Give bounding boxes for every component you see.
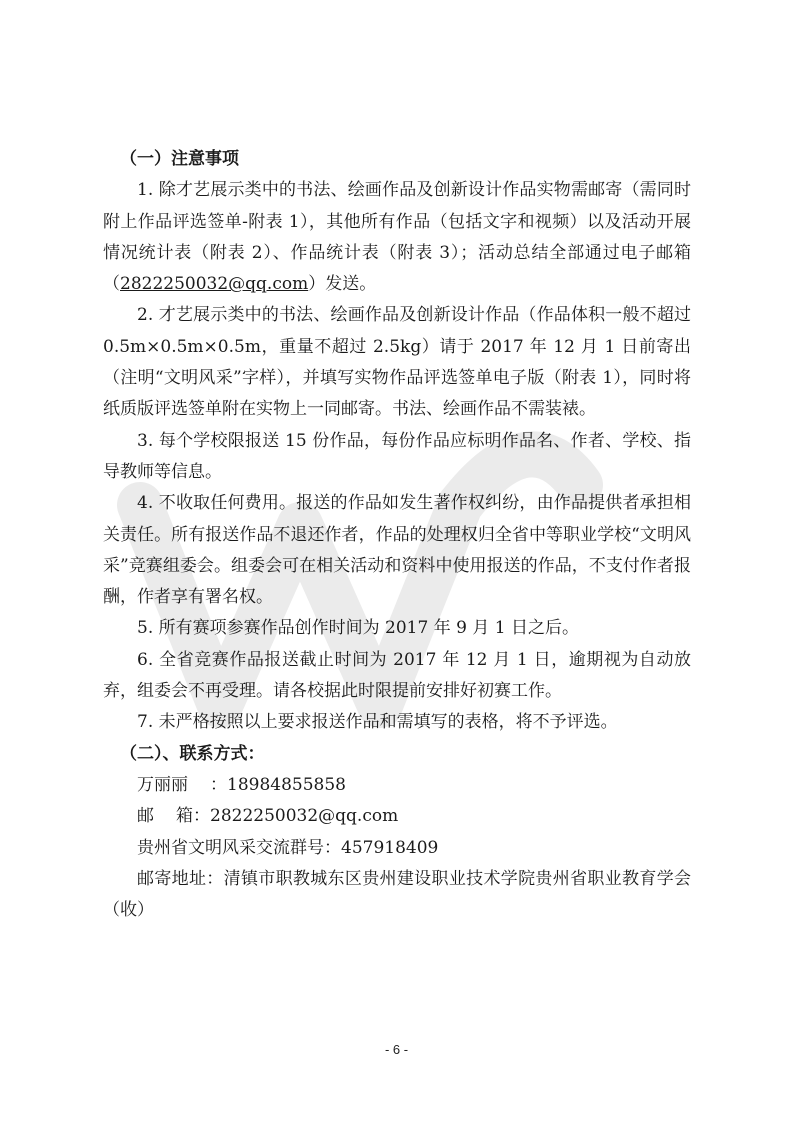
note-item-5: 5. 所有赛项参赛作品创作时间为 2017 年 9 月 1 日之后。 bbox=[103, 613, 691, 644]
note-item-1-suffix: ）发送。 bbox=[308, 274, 376, 294]
group-label: 贵州省文明风采交流群号： bbox=[137, 838, 341, 858]
contact-email: 2822250032@qq.com bbox=[210, 806, 398, 826]
section-heading-contact: （二）、联系方式： bbox=[103, 739, 691, 770]
address-label: 邮寄地址： bbox=[137, 869, 224, 889]
document-body: （一）注意事项 1. 除才艺展示类中的书法、绘画作品及创新设计作品实物需邮寄（需… bbox=[103, 144, 691, 926]
contact-phone: 18984855858 bbox=[227, 775, 346, 795]
note-item-7: 7. 未严格按照以上要求报送作品和需填写的表格，将不予评选。 bbox=[103, 707, 691, 738]
note-item-6: 6. 全省竞赛作品报送截止时间为 2017 年 12 月 1 日，逾期视为自动放… bbox=[103, 645, 691, 708]
contact-group-line: 贵州省文明风采交流群号：457918409 bbox=[103, 833, 691, 864]
email-label-2: 箱： bbox=[176, 806, 210, 826]
note-item-2: 2. 才艺展示类中的书法、绘画作品及创新设计作品（作品体积一般不超过 0.5m×… bbox=[103, 300, 691, 425]
contact-separator: ： bbox=[210, 775, 227, 795]
document-page: （一）注意事项 1. 除才艺展示类中的书法、绘画作品及创新设计作品实物需邮寄（需… bbox=[0, 0, 793, 1122]
email-label-1: 邮 bbox=[137, 806, 154, 826]
note-item-1: 1. 除才艺展示类中的书法、绘画作品及创新设计作品实物需邮寄（需同时附上作品评选… bbox=[103, 175, 691, 300]
note-item-4: 4. 不收取任何费用。报送的作品如发生著作权纠纷，由作品提供者承担相关责任。所有… bbox=[103, 488, 691, 613]
email-link[interactable]: 2822250032@qq.com bbox=[120, 274, 308, 294]
contact-email-line: 邮箱：2822250032@qq.com bbox=[103, 801, 691, 832]
contact-name: 万丽丽 bbox=[137, 775, 188, 795]
section-heading-notes: （一）注意事项 bbox=[103, 144, 691, 175]
contact-address-line: 邮寄地址：清镇市职教城东区贵州建设职业技术学院贵州省职业教育学会（收） bbox=[103, 864, 691, 927]
contact-phone-line: 万丽丽：18984855858 bbox=[103, 770, 691, 801]
group-number: 457918409 bbox=[341, 838, 438, 858]
note-item-3: 3. 每个学校限报送 15 份作品，每份作品应标明作品名、作者、学校、指导教师等… bbox=[103, 426, 691, 489]
page-number: - 6 - bbox=[0, 1042, 793, 1057]
